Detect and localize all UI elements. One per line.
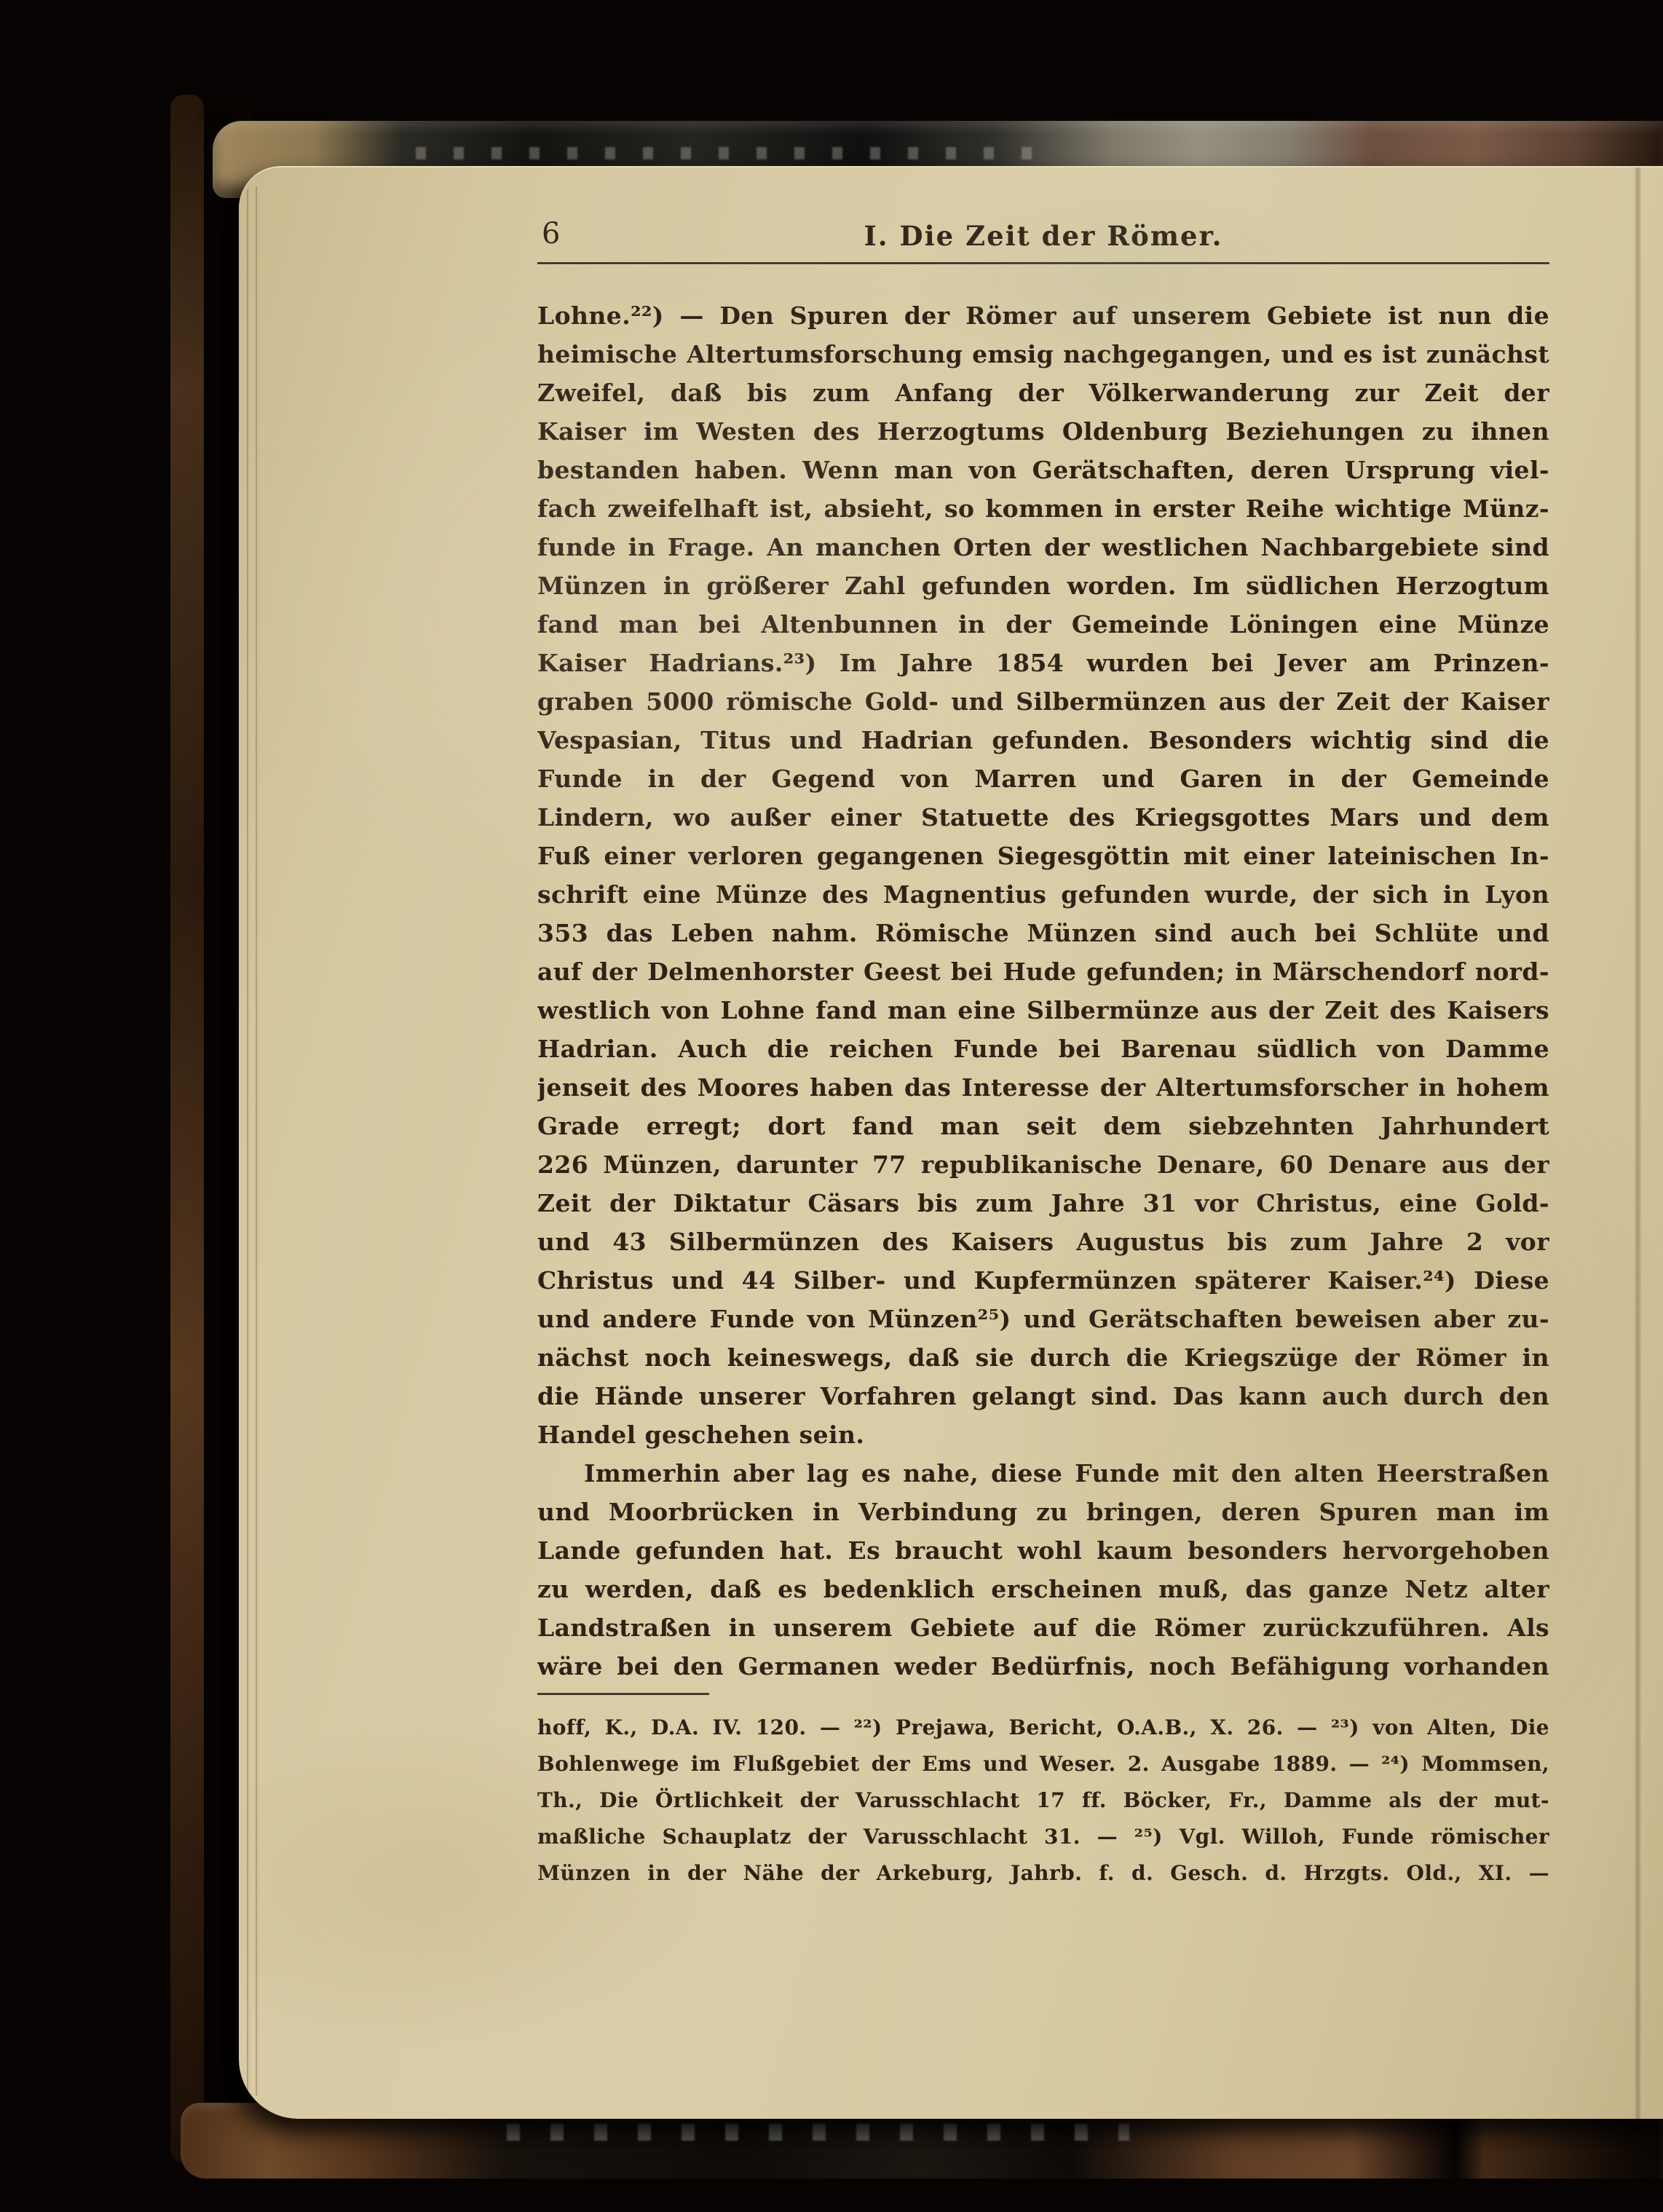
- stacked-sheet-lines: [242, 186, 264, 2097]
- text-line: Bohlenwege im Flußgebiet der Ems und Wes…: [537, 1746, 1549, 1782]
- text-line: funde in Frage. An manchen Orten der wes…: [537, 528, 1549, 566]
- page-right-crease: [1634, 167, 1641, 2119]
- text-line: Handel geschehen sein.: [537, 1415, 1549, 1454]
- header-rule: [537, 262, 1549, 264]
- text-line: Vespasian, Titus und Hadrian gefunden. B…: [537, 721, 1549, 759]
- text-line: und Moorbrücken in Verbindung zu bringen…: [537, 1493, 1549, 1531]
- text-line: die Hände unserer Vorfahren gelangt sind…: [537, 1377, 1549, 1415]
- text-line: Immerhin aber lag es nahe, diese Funde m…: [537, 1454, 1549, 1493]
- text-line: maßliche Schauplatz der Varusschlacht 31…: [537, 1819, 1549, 1855]
- book-page: 6 I. Die Zeit der Römer. Lohne.²²) — Den…: [239, 166, 1663, 2119]
- text-line: Grade erregt; dort fand man seit dem sie…: [537, 1107, 1549, 1145]
- text-line: nächst noch keineswegs, daß sie durch di…: [537, 1338, 1549, 1377]
- footnotes: hoff, K., D.A. IV. 120. — ²²) Prejawa, B…: [537, 1710, 1549, 1892]
- text-line: 353 das Leben nahm. Römische Münzen sind…: [537, 914, 1549, 952]
- text-column: 6 I. Die Zeit der Römer. Lohne.²²) — Den…: [537, 205, 1549, 1892]
- text-line: Münzen in größerer Zahl gefunden worden.…: [537, 566, 1549, 605]
- text-line: jenseit des Moores haben das Interesse d…: [537, 1068, 1549, 1107]
- text-line: Zeit der Diktatur Cäsars bis zum Jahre 3…: [537, 1184, 1549, 1222]
- text-line: heimische Altertumsforschung emsig nachg…: [537, 335, 1549, 374]
- text-line: Th., Die Örtlichkeit der Varusschlacht 1…: [537, 1782, 1549, 1819]
- paragraph-2: Immerhin aber lag es nahe, diese Funde m…: [537, 1454, 1549, 1686]
- text-line: auf der Delmenhorster Geest bei Hude gef…: [537, 952, 1549, 991]
- running-header: I. Die Zeit der Römer.: [537, 220, 1549, 252]
- running-header-row: 6 I. Die Zeit der Römer.: [537, 205, 1549, 261]
- paragraph-1: Lohne.²²) — Den Spuren der Römer auf uns…: [537, 296, 1549, 1454]
- text-line: Landstraßen in unserem Gebiete auf die R…: [537, 1608, 1549, 1647]
- text-line: Kaiser Hadrians.²³) Im Jahre 1854 wurden…: [537, 644, 1549, 682]
- text-line: Münzen in der Nähe der Arkeburg, Jahrb. …: [537, 1855, 1549, 1892]
- text-line: schrift eine Münze des Magnentius gefund…: [537, 875, 1549, 914]
- text-line: Lindern, wo außer einer Statuette des Kr…: [537, 798, 1549, 837]
- text-line: und 43 Silbermünzen des Kaisers Augustus…: [537, 1222, 1549, 1261]
- text-line: bestanden haben. Wenn man von Gerätschaf…: [537, 451, 1549, 489]
- text-line: zu werden, daß es bedenklich erscheinen …: [537, 1570, 1549, 1608]
- text-line: Zweifel, daß bis zum Anfang der Völkerwa…: [537, 374, 1549, 412]
- text-line: graben 5000 römische Gold- und Silbermün…: [537, 682, 1549, 721]
- text-line: Lande gefunden hat. Es braucht wohl kaum…: [537, 1531, 1549, 1570]
- text-line: hoff, K., D.A. IV. 120. — ²²) Prejawa, B…: [537, 1710, 1549, 1746]
- text-line: Lohne.²²) — Den Spuren der Römer auf uns…: [537, 296, 1549, 335]
- text-line: fach zweifelhaft ist, absieht, so kommen…: [537, 489, 1549, 528]
- text-line: fand man bei Altenbunnen in der Gemeinde…: [537, 605, 1549, 644]
- text-line: 226 Münzen, darunter 77 republikanische …: [537, 1145, 1549, 1184]
- text-line: wäre bei den Germanen weder Bedürfnis, n…: [537, 1647, 1549, 1686]
- body-text: Lohne.²²) — Den Spuren der Römer auf uns…: [537, 296, 1549, 1686]
- footnote-rule: [537, 1693, 709, 1695]
- text-line: Kaiser im Westen des Herzogtums Oldenbur…: [537, 412, 1549, 451]
- text-line: Christus und 44 Silber- und Kupfermünzen…: [537, 1261, 1549, 1300]
- text-line: und andere Funde von Münzen²⁵) und Gerät…: [537, 1300, 1549, 1338]
- text-line: Funde in der Gegend von Marren und Garen…: [537, 759, 1549, 798]
- text-line: westlich von Lohne fand man eine Silberm…: [537, 991, 1549, 1030]
- text-line: Fuß einer verloren gegangenen Siegesgött…: [537, 837, 1549, 875]
- text-line: Hadrian. Auch die reichen Funde bei Bare…: [537, 1030, 1549, 1068]
